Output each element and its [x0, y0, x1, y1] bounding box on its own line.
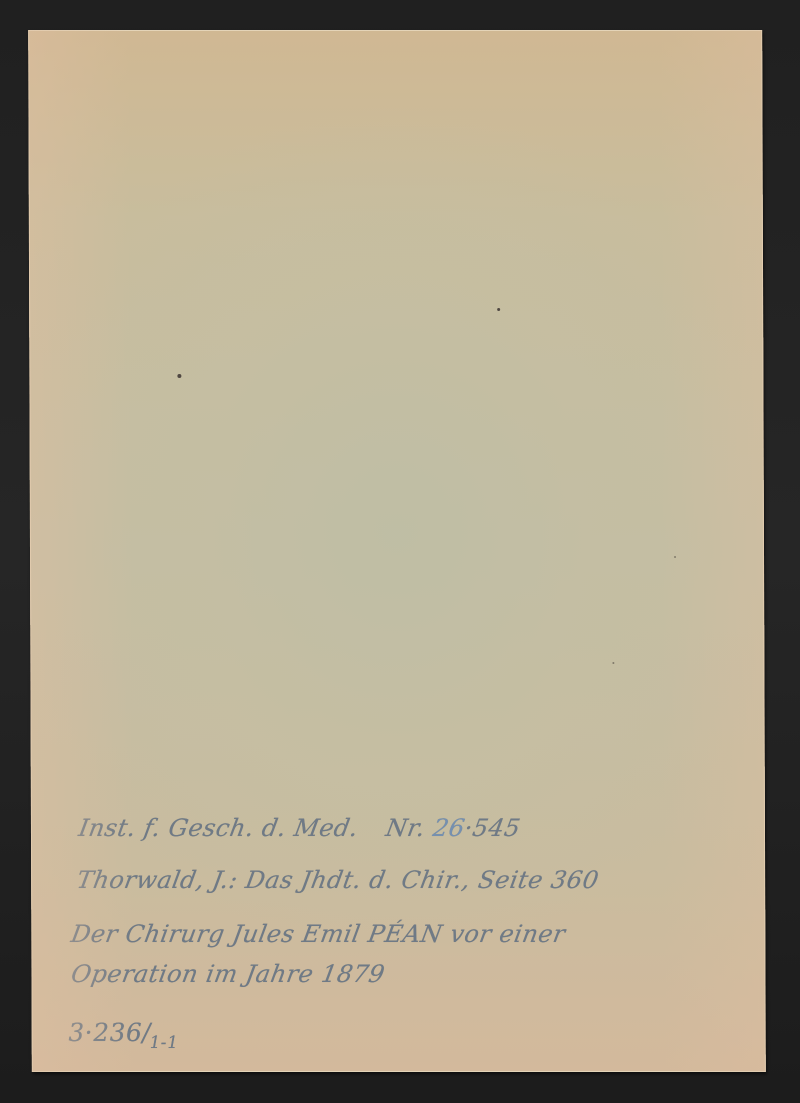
- caption-line-2: Operation im Jahre 1879: [69, 960, 387, 988]
- citation-line: Thorwald, J.: Das Jhdt. d. Chir., Seite …: [75, 866, 601, 894]
- paper-speck: [497, 308, 500, 311]
- number-label: Nr.: [384, 814, 428, 842]
- number-value-prefix: 26: [431, 814, 467, 842]
- page-value: 360: [549, 866, 601, 894]
- caption-line-1: Der Chirurg Jules Emil PÉAN vor einer: [69, 920, 568, 948]
- paper-speck: [177, 374, 181, 378]
- number-value-suffix: ·545: [462, 814, 522, 842]
- shelfmark-main: 3·236/: [66, 1018, 154, 1047]
- paper-speck: [674, 556, 676, 558]
- institution-line: Inst. f. Gesch. d. Med.Nr. 26·545: [77, 814, 523, 842]
- shelfmark: 3·236/1-1: [65, 1018, 183, 1053]
- institution-name: Inst. f. Gesch. d. Med.: [77, 814, 361, 842]
- citation-text: Thorwald, J.: Das Jhdt. d. Chir.,: [75, 866, 473, 894]
- paper-sheet: Inst. f. Gesch. d. Med.Nr. 26·545 Thorwa…: [28, 30, 766, 1072]
- shelfmark-sub: 1-1: [148, 1033, 180, 1053]
- page-label: Seite: [476, 866, 546, 894]
- paper-speck: [612, 662, 614, 664]
